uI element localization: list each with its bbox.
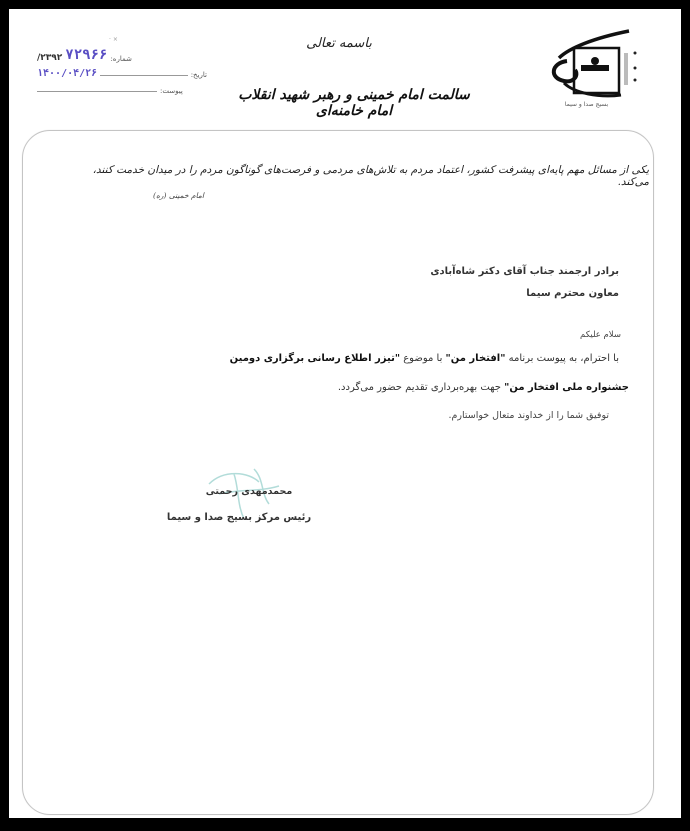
date-line: [100, 74, 187, 76]
attachment-line: [37, 90, 157, 92]
basmala: باسمه تعالی: [259, 36, 419, 51]
date-value: ۱۴۰۰/۰۴/۲۶: [37, 68, 97, 79]
greeting: سلام علیکم: [529, 330, 621, 340]
handwritten-quote: یکی از مسائل مهم پایه‌ای پیشرفت کشور، اع…: [69, 164, 649, 188]
letter-meta: شماره: ۷۲۹۶۶ ۲۳۹۲/ تاریخ: ۱۴۰۰/۰۴/۲۶ پیو…: [37, 47, 207, 95]
logo-caption: بسیج صدا و سیما: [544, 101, 629, 108]
letter-page: · × شماره: ۷۲۹۶۶ ۲۳۹۲/ تاریخ: ۱۴۰۰/۰۴/۲۶…: [9, 9, 681, 818]
date-label: تاریخ:: [191, 71, 207, 79]
subject-text: "تیزر اطلاع رسانی برگزاری دومین: [230, 353, 400, 364]
body-text: با موضوع: [400, 353, 446, 364]
body-paragraph-2: جشنواره ملی افتخار من" جهت بهره‌برداری ت…: [59, 382, 629, 393]
signer-title: رئیس مرکز بسیج صدا و سیما: [149, 512, 329, 523]
number-prefix: ۲۳۹۲/: [37, 53, 62, 63]
festival-name: جشنواره ملی افتخار من": [504, 382, 629, 393]
body-text: جهت بهره‌برداری تقدیم حضور می‌گردد.: [338, 382, 504, 393]
recipient-title: معاون محترم سیما: [309, 288, 619, 299]
handwritten-quote-attribution: امام خمینی (ره): [64, 191, 204, 200]
number-handwritten: ۷۲۹۶۶: [65, 47, 107, 63]
body-text: با احترام، به پیوست برنامه: [505, 353, 619, 364]
letter-number-row: شماره: ۷۲۹۶۶ ۲۳۹۲/: [37, 47, 207, 63]
letter-attachment-row: پیوست:: [37, 79, 207, 95]
attachment-label: پیوست:: [160, 87, 183, 95]
letter-body-frame: [22, 130, 654, 815]
closing-sentence: توفیق شما را از خداوند متعال خواستارم.: [309, 410, 609, 421]
program-name: "افتخار من": [446, 353, 506, 364]
number-label: شماره:: [110, 55, 131, 63]
signer-name: محمدمهدی رحمتی: [194, 486, 304, 497]
letter-date-row: تاریخ: ۱۴۰۰/۰۴/۲۶: [37, 63, 207, 79]
letterhead-motto: سالمت امام خمینی و رهبر شهید انقلاب امام…: [229, 87, 479, 119]
organization-logo-icon: [539, 23, 639, 113]
recipient-name: برادر ارجمند جناب آقای دکتر شاه‌آبادی: [309, 266, 619, 277]
corner-mark: · ×: [109, 36, 118, 43]
body-paragraph-1: با احترام، به پیوست برنامه "افتخار من" ب…: [59, 353, 619, 364]
